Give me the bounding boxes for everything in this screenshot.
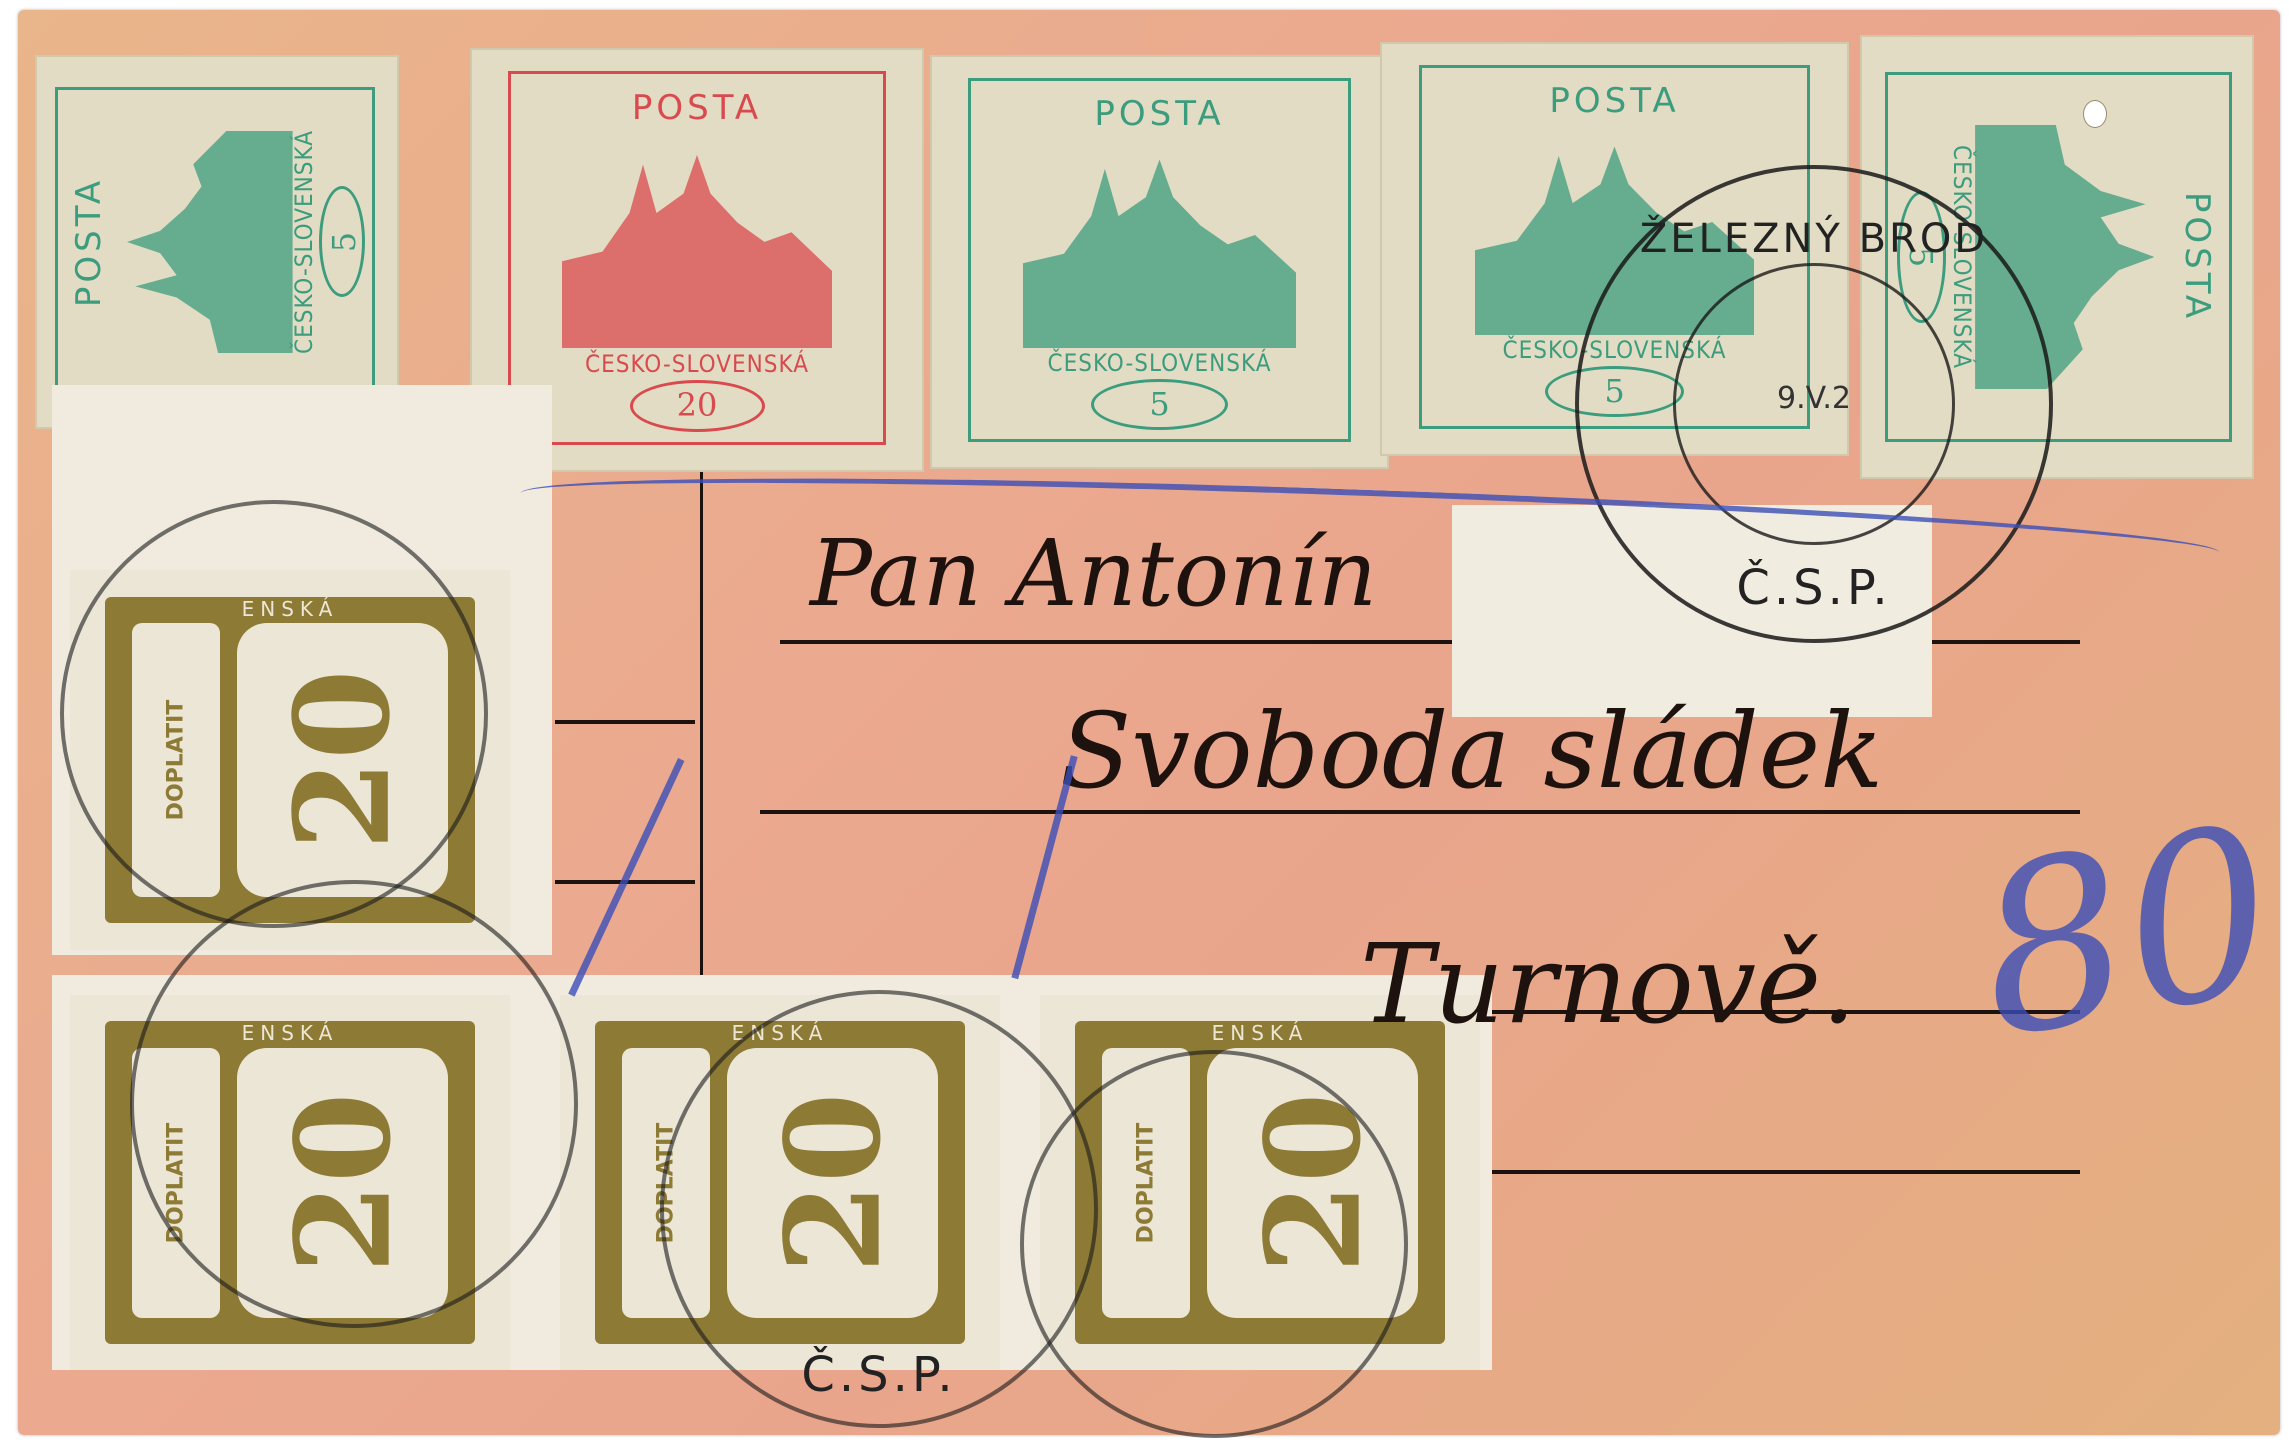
punch-hole (2083, 100, 2107, 128)
stamp-hradcany-5-a: POSTA ČESKO-SLOVENSKÁ 5 (930, 55, 1389, 469)
divider-vertical (700, 470, 703, 1030)
crayon-number: 80 (1959, 777, 2289, 1091)
postmark-lower-left (60, 500, 488, 928)
address-line-city: Turnově. (1360, 920, 1856, 1048)
postmark-lower-middle (130, 880, 578, 1328)
address-line-name: Svoboda sládek (1060, 690, 1883, 812)
address-line-4 (1480, 1170, 2080, 1174)
postmark-bottom-right (1020, 1050, 1408, 1438)
stamp-hradcany-5-rotated-left: POSTA ČESKO-SLOVENSKÁ 5 (35, 55, 399, 429)
sender-line-1 (555, 720, 695, 724)
postmark-zelezny-brod: ŽELEZNÝ BROD 9.V.2 Č.S.P. (1575, 165, 2053, 643)
